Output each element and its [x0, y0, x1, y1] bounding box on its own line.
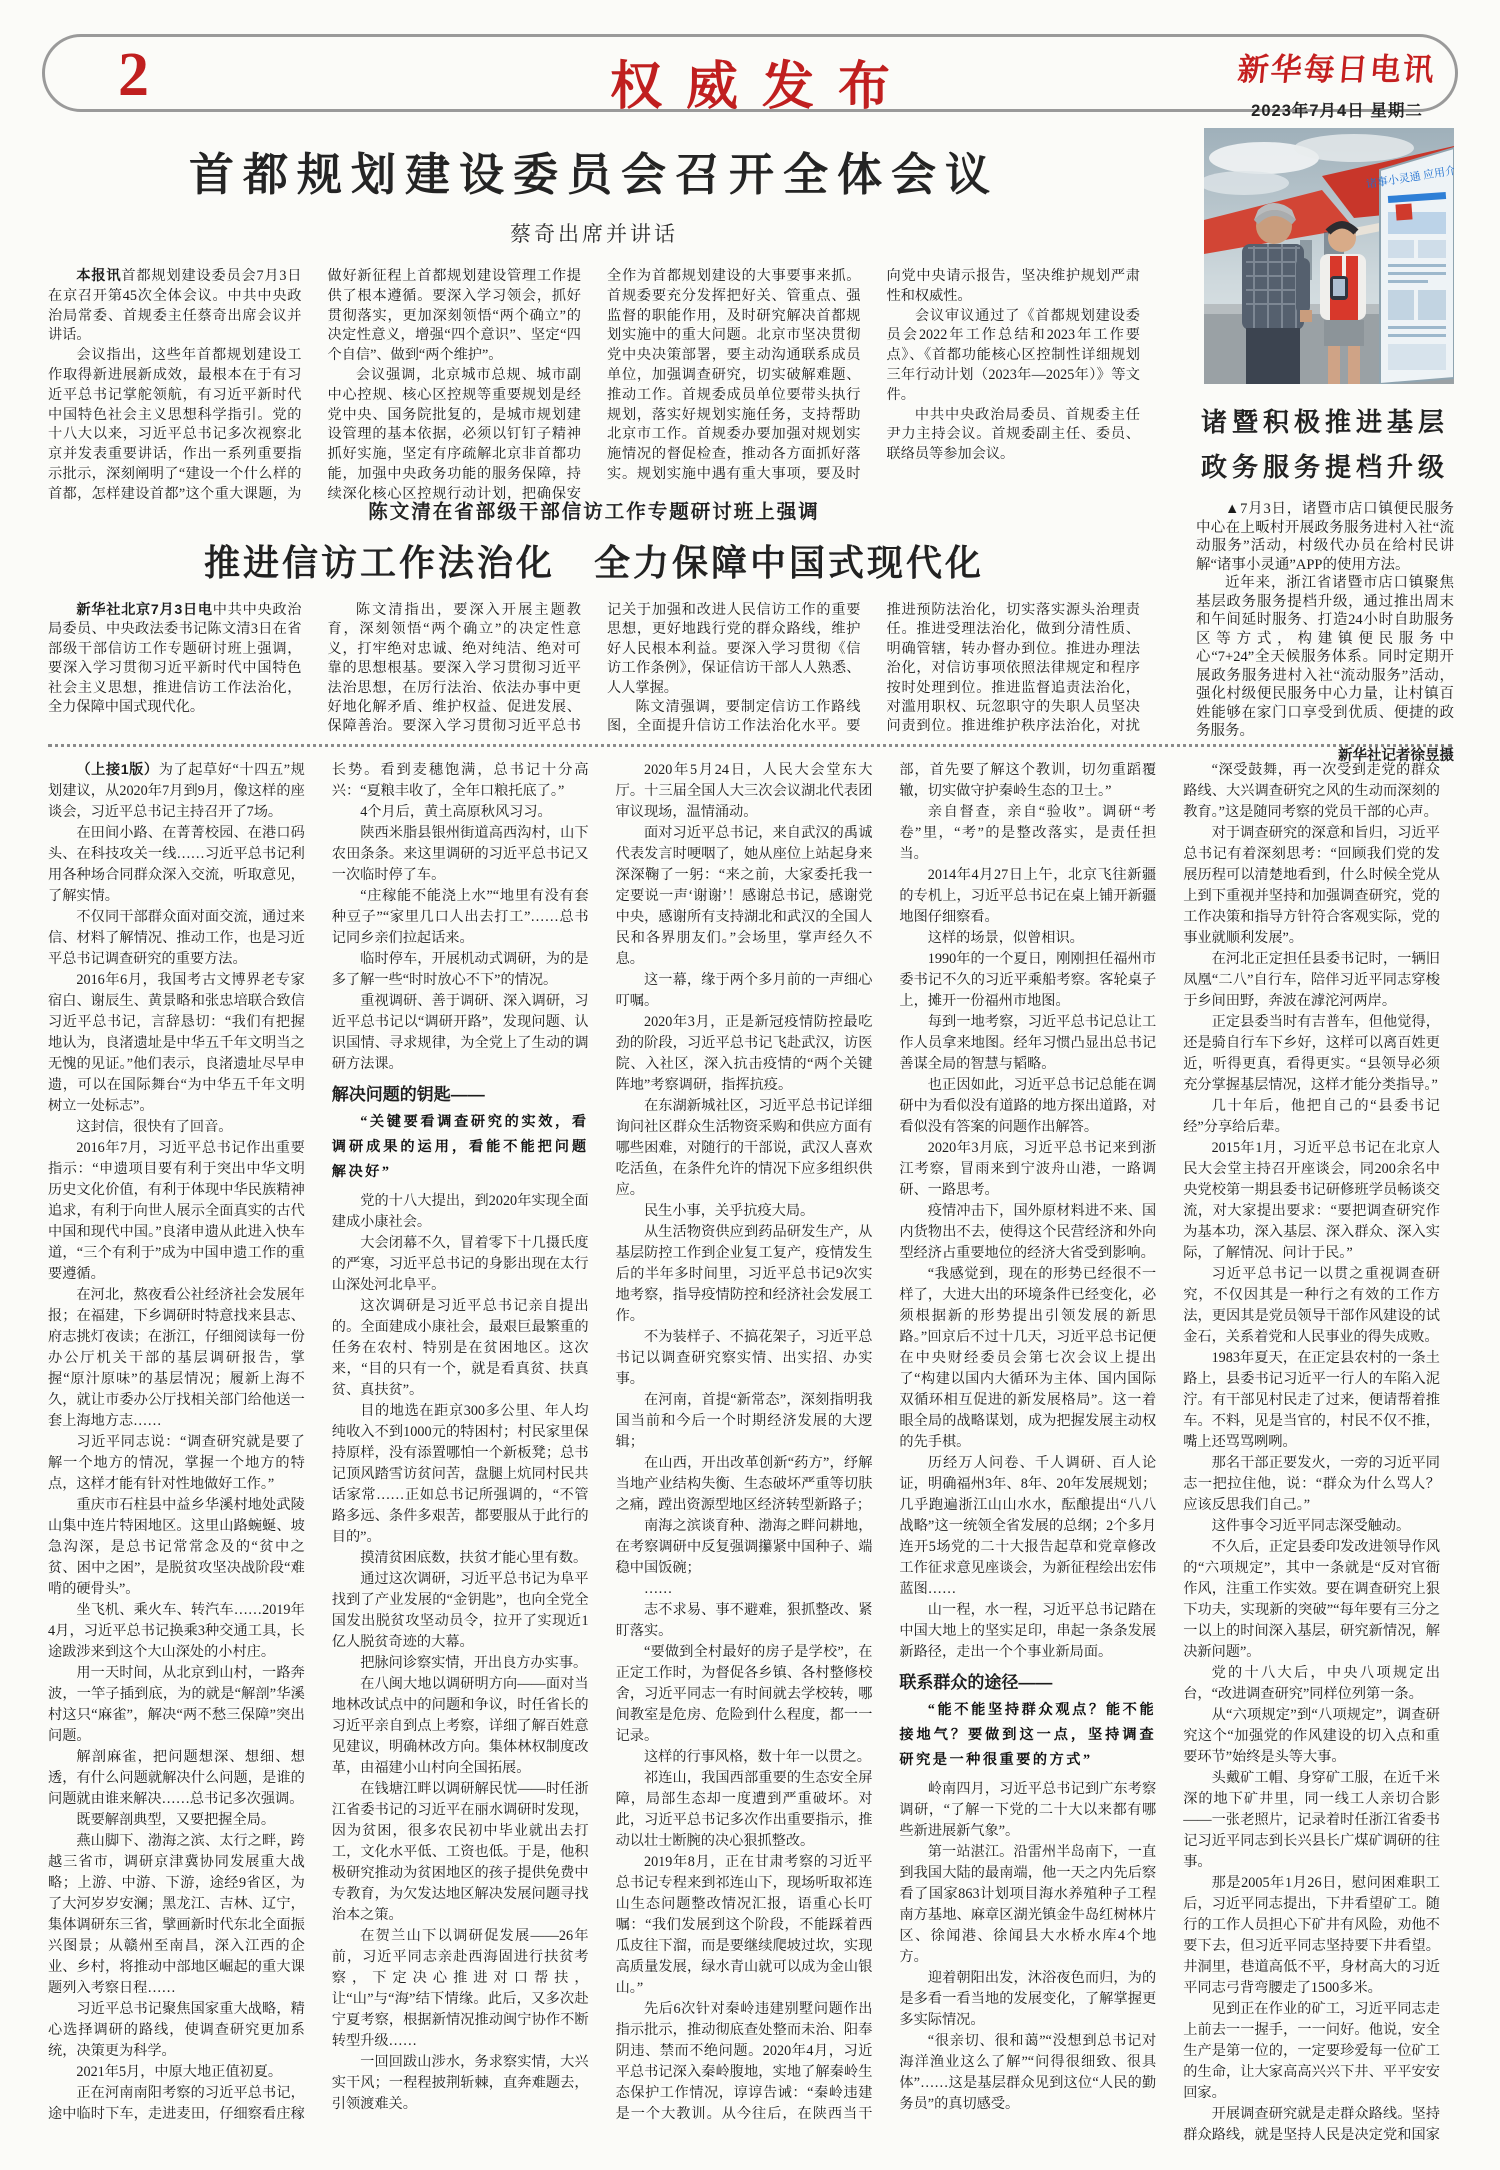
masthead-logo: 新华每日电讯	[1236, 44, 1438, 89]
article1-headline: 首都规划建设委员会召开全体会议	[48, 138, 1140, 203]
paragraph: 把脉问诊察实情，开出良方办实事。	[332, 1653, 589, 1674]
paragraph: 新华社北京7月3日电中共中央政治局委员、中央政法委书记陈文清3日在省部级干部信访…	[48, 601, 302, 717]
section-divider	[48, 744, 1452, 747]
sidebar-headline-line1: 诸暨积极推进基层	[1196, 400, 1454, 445]
paragraph: 既要解剖典型，又要把握全局。	[48, 1810, 305, 1831]
paragraph: 民生小事，关乎抗疫大局。	[616, 1201, 873, 1222]
paragraph: ▲7月3日，诸暨市店口镇便民服务中心在上畈村开展政务服务进村入社“流动服务”活动…	[1196, 500, 1454, 574]
paragraph: 在山西，开出改革创新“药方”，纾解当地产业结构失衡、生态破坏严重等切肤之痛，蹚出…	[616, 1453, 873, 1516]
sidebar-headline-line2: 政务服务提档升级	[1196, 445, 1454, 490]
paragraph: “很亲切、很和蔼”“没想到总书记对海洋渔业这么了解”“问得很细致、很具体”……这…	[899, 2031, 1156, 2115]
paragraph: 在田间小路、在菁菁校园、在港口码头、在科技攻关一线……习近平总书记利用各种场合同…	[48, 823, 305, 907]
paragraph: 不为装样子、不搞花架子，习近平总书记以调查研究察实情、出实招、办实事。	[616, 1327, 873, 1390]
paragraph: 从“六项规定”到“八项规定”，调查研究这个“加强党的作风建设的切入点和重要环节”…	[1183, 1705, 1440, 1768]
paragraph: 不久后，正定县委印发改进领导作风的“六项规定”，其中一条就是“反对官衙作风，注重…	[1183, 1537, 1440, 1663]
paragraph: 这件事令习近平同志深受触动。	[1183, 1516, 1440, 1537]
paragraph: 习近平总书记一以贯之重视调查研究，不仅因其是一种行之有效的工作方法，更因其是党员…	[1183, 1264, 1440, 1348]
paragraph: 从生活物资供应到药品研发生产，从基层防控工作到企业复工复产，疫情发生后的半年多时…	[616, 1222, 873, 1327]
news-photo: 诸事小灵通 应用介绍	[1204, 128, 1454, 384]
paragraph: 见到正在作业的矿工，习近平同志走上前去一一握手，一一问好。他说，安全生产是第一位…	[1183, 1999, 1440, 2104]
paragraph: 习近平总书记聚焦国家重大战略，精心选择调研的路线，使调查研究更加系统，决策更为科…	[48, 1999, 305, 2062]
article1-body: 本报讯首都规划建设委员会7月3日在京召开第45次全体会议。中共中央政治局常委、首…	[48, 267, 1140, 509]
paragraph: 2020年5月24日，人民大会堂东大厅。十三届全国人大三次会议湖北代表团审议现场…	[616, 760, 873, 823]
paragraph: 祁连山，我国西部重要的生态安全屏障，局部生态却一度遭到严重破坏。对此，习近平总书…	[616, 1768, 873, 1852]
section-quote: “关键要看调查研究的实效，看调研成果的运用，看能不能把问题解决好”	[332, 1110, 589, 1185]
paragraph: 这样的行事风格，数十年一以贯之。	[616, 1747, 873, 1768]
paragraph: 2014年4月27日上午，北京飞往新疆的专机上，习近平总书记在桌上铺开新疆地图仔…	[899, 865, 1156, 928]
paragraph: 4个月后，黄土高原秋风习习。	[332, 802, 589, 823]
paragraph: “我感觉到，现在的形势已经很不一样了，大进大出的环境条件已经变化，必须根据新的形…	[899, 1264, 1156, 1453]
paragraph: 会议审议通过了《首都规划建设委员会2022年工作总结和2023年工作要点》、《首…	[887, 307, 1141, 406]
paragraph: 正定县委当时有吉普车，但他觉得，还是骑自行车下乡好，这样可以离百姓更近，听得更真…	[1183, 1012, 1440, 1096]
paragraph: 这封信，很快有了回音。	[48, 1117, 305, 1138]
paragraph: 志不求易、事不避难，狠抓整改、紧盯落实。	[616, 1600, 873, 1642]
section-subhead: 解决问题的钥匙——	[332, 1084, 589, 1105]
paragraph: （上接1版）为了起草好“十四五”规划建议，从2020年7月到9月，像这样的座谈会…	[48, 760, 305, 823]
paragraph: 几十年后，他把自己的“县委书记经”分享给后辈。	[1183, 1096, 1440, 1138]
paragraph: 1990年的一个夏日，刚刚担任福州市委书记不久的习近平乘船考察。客轮桌子上，摊开…	[899, 949, 1156, 1012]
paragraph: 2015年1月，习近平总书记在北京人民大会堂主持召开座谈会，同200余名中央党校…	[1183, 1138, 1440, 1264]
paragraph: 摸清贫困底数，扶贫才能心里有数。	[332, 1548, 589, 1569]
paragraph: 重庆市石柱县中益乡华溪村地处武陵山集中连片特困地区。这里山路蜿蜒、坡急沟深，是总…	[48, 1495, 305, 1600]
paragraph: 大会闭幕不久，冒着零下十几摄氏度的严寒，习近平总书记的身影出现在太行山深处河北阜…	[332, 1233, 589, 1296]
paragraph: 一回回跋山涉水，务求察实情，大兴实干风；一程程披荆斩棘，直奔难题去，引领渡难关。	[332, 2052, 589, 2115]
paragraph: “要做到全村最好的房子是学校”，在正定工作时，为督促各乡镇、各村整修校舍，习近平…	[616, 1642, 873, 1747]
paragraph: 党的十八大提出，到2020年实现全面建成小康社会。	[332, 1191, 589, 1233]
section-subhead: 联系群众的途径——	[899, 1672, 1156, 1693]
paragraph: 2020年3月底，习近平总书记来到浙江考察，冒雨来到宁波舟山港，一路调研、一路思…	[899, 1138, 1156, 1201]
article-xinfang: 陈文清在省部级干部信访工作专题研讨班上强调 推进信访工作法治化 全力保障中国式现…	[48, 496, 1140, 751]
article-capital-planning: 首都规划建设委员会召开全体会议 蔡奇出席并讲话 本报讯首都规划建设委员会7月3日…	[48, 138, 1140, 509]
paragraph: 那名干部正要发火，一旁的习近平同志一把拉住他，说：“群众为什么骂人？应该反思我们…	[1183, 1453, 1440, 1516]
paragraph: 习近平同志说：“调查研究就是要了解一个地方的情况，掌握一个地方的特点，这样才能有…	[48, 1432, 305, 1495]
paragraph: 在河北，熬夜看公社经济社会发展年报；在福建，下乡调研时特意找来县志、府志挑灯夜读…	[48, 1285, 305, 1432]
paragraph: 在河南，首提“新常态”，深刻指明我国当前和今后一个时期经济发展的大逻辑；	[616, 1390, 873, 1453]
paragraph: 南海之滨谈育种、渤海之畔问耕地，在考察调研中反复强调攥紧中国种子、端稳中国饭碗；	[616, 1516, 873, 1579]
paragraph: 本报讯首都规划建设委员会7月3日在京召开第45次全体会议。中共中央政治局常委、首…	[48, 267, 302, 346]
masthead: 新华每日电讯 2023年7月4日 星期二	[1238, 44, 1436, 121]
paragraph: 在钱塘江畔以调研解民忧——时任浙江省委书记的习近平在丽水调研时发现，因为贫困，很…	[332, 1779, 589, 1926]
article2-kicker: 陈文清在省部级干部信访工作专题研讨班上强调	[48, 496, 1140, 524]
paragraph: 2019年8月，正在甘肃考察的习近平总书记专程来到祁连山下，现场听取祁连山生态问…	[616, 1852, 873, 1999]
paragraph: 近年来，浙江省诸暨市店口镇聚焦基层政务服务提档升级，通过推出周末和午间延时服务、…	[1196, 574, 1454, 741]
section-quote: “能不能坚持群众观点？能不能接地气？要做到这一点，坚持调查研究是一种很重要的方式…	[899, 1698, 1156, 1773]
paragraph: 迎着朝阳出发，沐浴夜色而归，为的是多看一看当地的发展变化，了解掌握更多实际情况。	[899, 1968, 1156, 2031]
paragraph: 重视调研、善于调研、深入调研，习近平总书记以“调研开路”，发现问题、认识国情、寻…	[332, 991, 589, 1075]
paragraph: 岭南四月，习近平总书记到广东考察调研，“了解一下党的二十大以来都有哪些新进展新气…	[899, 1779, 1156, 1842]
paragraph: 亲自督查，亲自“验收”。调研“考卷”里，“考”的是整改落实，是责任担当。	[899, 802, 1156, 865]
paragraph: 在东湖新城社区，习近平总书记详细询问社区群众生活物资采购和供应方面有哪些困难，对…	[616, 1096, 873, 1201]
paragraph: 坐飞机、乘火车、转汽车……2019年4月，习近平总书记换乘3种交通工具，长途跋涉…	[48, 1600, 305, 1663]
continuation-article: （上接1版）为了起草好“十四五”规划建议，从2020年7月到9月，像这样的座谈会…	[48, 760, 1440, 2148]
paragraph: 燕山脚下、渤海之滨、太行之畔，跨越三省市，调研京津冀协同发展重大战略；上游、中游…	[48, 1831, 305, 1999]
paragraph: 头戴矿工帽、身穿矿工服，在近千米深的地下矿井里，同一线工人亲切合影——一张老照片…	[1183, 1768, 1440, 1873]
paragraph: 山一程，水一程，习近平总书记踏在中国大地上的坚实足印，串起一条条发展新路径，走出…	[899, 1600, 1156, 1663]
paragraph: 用一天时间，从北京到山村，一路奔波，一竿子插到底，为的就是“解剖”华溪村这只“麻…	[48, 1663, 305, 1747]
sidebar-headline: 诸暨积极推进基层 政务服务提档升级	[1196, 400, 1454, 490]
paragraph: 这样的场景，似曾相识。	[899, 928, 1156, 949]
paragraph: 临时停车，开展机动式调研，为的是多了解一些“时时放心不下”的情况。	[332, 949, 589, 991]
paragraph: 这次调研是习近平总书记亲自提出的。全面建成小康社会，最艰巨最繁重的任务在农村、特…	[332, 1296, 589, 1401]
paragraph: 那是2005年1月26日，慰问困难职工后，习近平同志提出，下井看望矿工。随行的工…	[1183, 1873, 1440, 1999]
masthead-date: 2023年7月4日 星期二	[1238, 97, 1436, 121]
paragraph: 2016年6月，我国考古文博界老专家宿白、谢辰生、黄景略和张忠培联合致信习近平总…	[48, 970, 305, 1117]
paragraph: 在河北正定担任县委书记时，一辆旧凤凰“二八”自行车，陪伴习近平同志穿梭于乡间田野…	[1183, 949, 1440, 1012]
paragraph: 疫情冲击下，国外原材料进不来、国内货物出不去，使得这个民营经济和外向型经济占重要…	[899, 1201, 1156, 1264]
paragraph: 通过这次调研，习近平总书记为阜平找到了产业发展的“金钥匙”，也向全党全国发出脱贫…	[332, 1569, 589, 1653]
paragraph: 解剖麻雀，把问题想深、想细、想透，有什么问题就解决什么问题，是谁的问题就由谁来解…	[48, 1747, 305, 1810]
newspaper-page: { "page": { "number": "2", "section": "权…	[0, 0, 1500, 2170]
paragraph: 目的地选在距京300多公里、年人均纯收入不到1000元的特困村；村民家里保持原样…	[332, 1401, 589, 1548]
paragraph: 在八闽大地以调研明方向——面对当地林改试点中的问题和争议，时任省长的习近平亲自到…	[332, 1674, 589, 1779]
paragraph: 在贺兰山下以调研促发展——26年前，习近平同志亲赴西海固进行扶贫考察，下定决心推…	[332, 1926, 589, 2052]
paragraph: 党的十八大后，中央八项规定出台，“改进调查研究”同样位列第一条。	[1183, 1663, 1440, 1705]
article2-body: 新华社北京7月3日电中共中央政治局委员、中央政法委书记陈文清3日在省部级干部信访…	[48, 601, 1140, 751]
paragraph: 2016年7月，习近平总书记作出重要指示：“申遗项目要有利于突出中华文明历史文化…	[48, 1138, 305, 1285]
paragraph: “深受鼓舞，再一次受到走党的群众路线、大兴调查研究之风的生动而深刻的教育。”这是…	[1183, 760, 1440, 823]
paragraph: 面对习近平总书记，来自武汉的禹诚代表发言时哽咽了，她从座位上站起身来深深鞠了一躬…	[616, 823, 873, 970]
article1-subhead: 蔡奇出席并讲话	[48, 218, 1140, 248]
paragraph: 1983年夏天，在正定县农村的一条土路上，县委书记习近平一行人的车陷入泥泞。有干…	[1183, 1348, 1440, 1453]
paragraph: 也正因如此，习近平总书记总能在调研中为看似没有道路的地方探出道路，对看似没有答案…	[899, 1075, 1156, 1138]
paragraph: ……	[616, 1579, 873, 1600]
paragraph: 中共中央政治局委员、首规委主任尹力主持会议。首规委副主任、委员、联络员等参加会议…	[887, 406, 1141, 465]
paragraph: 对于调查研究的深意和旨归，习近平总书记有着深刻思考：“回顾我们党的发展历程可以清…	[1183, 823, 1440, 949]
paragraph: 2021年5月，中原大地正值初夏。	[48, 2062, 305, 2083]
paragraph: 陕西米脂县银州街道高西沟村，山下农田条条。来这里调研的习近平总书记又一次临时停了…	[332, 823, 589, 886]
sidebar-photo-story: 诸事小灵通 应用介绍	[1196, 128, 1454, 765]
paragraph: 2020年3月，正是新冠疫情防控最吃劲的阶段，习近平总书记飞赴武汉，访医院、入社…	[616, 1012, 873, 1096]
article2-headline: 推进信访工作法治化 全力保障中国式现代化	[48, 535, 1140, 586]
paragraph: “庄稼能不能浇上水”“地里有没有套种豆子”“家里几口人出去打工”……总书记同乡亲…	[332, 886, 589, 949]
sidebar-caption: ▲7月3日，诸暨市店口镇便民服务中心在上畈村开展政务服务进村入社“流动服务”活动…	[1196, 500, 1454, 741]
paragraph: 不仅同干部群众面对面交流，通过来信、材料了解情况、推动工作，也是习近平总书记调查…	[48, 907, 305, 970]
paragraph: 这一幕，缘于两个多月前的一声细心叮嘱。	[616, 970, 873, 1012]
paragraph: 历经万人问卷、千人调研、百人论证，明确福州3年、8年、20年发展规划；几乎跑遍浙…	[899, 1453, 1156, 1600]
paragraph: 第一站湛江。沿雷州半岛南下，一直到我国大陆的最南端，他一天之内先后察看了国家86…	[899, 1842, 1156, 1968]
paragraph: 每到一地考察，习近平总书记总让工作人员拿来地图。经年习惯凸显出总书记善谋全局的智…	[899, 1012, 1156, 1075]
